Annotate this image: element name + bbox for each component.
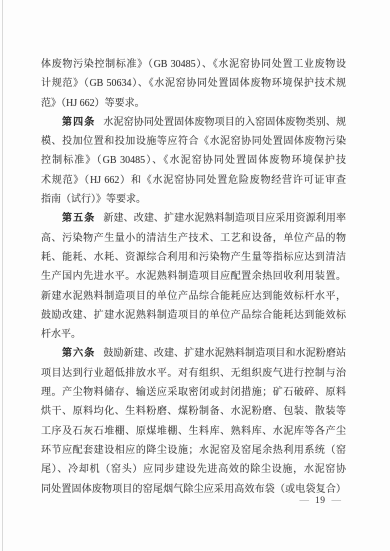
page-number-dash-left: — [300, 496, 310, 506]
section-heading: 第四条 [62, 117, 95, 128]
text-line: 范》（HJ 662）等要求。 [41, 94, 346, 113]
line-text: 鼓励新建、改建、扩建水泥熟料制造项目和水泥粉磨站 [103, 348, 346, 359]
document-page: 体废物污染控制标准》（GB 30485）、《水泥窑协同处置工业废物设计规范》（G… [0, 0, 390, 551]
text-line: 控制标准》（GB 30485）、《水泥窑协同处置固体废物环境保护技 [41, 151, 346, 170]
scan-edge-line [2, 0, 3, 551]
text-line: 烘干、原料均化、生料粉磨、煤粉制备、水泥粉磨、包装、散装等 [41, 402, 346, 421]
document-text: 体废物污染控制标准》（GB 30485）、《水泥窑协同处置工业废物设计规范》（G… [41, 55, 346, 499]
text-line: 项目达到行业超低排放水平。对有组织、无组织废气进行控制与治 [41, 364, 346, 383]
text-line: 第四条水泥窑协同处置固体废物项目的入窑固体废物类别、规 [41, 113, 346, 132]
text-line: 耗、能耗、水耗、资源综合利用和污染物产生量等指标应达到清洁 [41, 248, 346, 267]
page-number-dash-right: — [332, 496, 342, 506]
text-line: 尾）、冷却机（窑头）应同步建设先进高效的除尘设施，水泥窑协 [41, 460, 346, 479]
section-heading: 第五条 [62, 213, 95, 224]
text-line: 新建水泥熟料制造项目的单位产品综合能耗应达到能效标杆水平， [41, 287, 346, 306]
text-line: 体废物污染控制标准》（GB 30485）、《水泥窑协同处置工业废物设 [41, 55, 346, 74]
text-line: 生产国内先进水平。水泥熟料制造项目应配置余热回收利用装置。 [41, 267, 346, 286]
page-number-value: 19 [315, 496, 326, 506]
text-line: 工序及石灰石堆棚、原煤堆棚、生料库、熟料库、水泥库等各产尘 [41, 422, 346, 441]
section-heading: 第六条 [62, 348, 95, 359]
text-line: 指南（试行）》等要求。 [41, 190, 346, 209]
text-line: 杆水平。 [41, 325, 346, 344]
text-line: 第五条新建、改建、扩建水泥熟料制造项目应采用资源利用率 [41, 209, 346, 228]
text-line: 第六条鼓励新建、改建、扩建水泥熟料制造项目和水泥粉磨站 [41, 344, 346, 363]
text-line: 术规范》（HJ 662）和《水泥窑协同处置危险废物经营许可证审查 [41, 171, 346, 190]
text-line: 高、污染物产生量小的清洁生产技术、工艺和设备，单位产品的物 [41, 229, 346, 248]
text-line: 模、投加位置和投加设施等应符合《水泥窑协同处置固体废物污染 [41, 132, 346, 151]
text-line: 环节应配套建设相应的降尘设施；水泥窑及窑尾余热利用系统（窑 [41, 441, 346, 460]
line-text: 水泥窑协同处置固体废物项目的入窑固体废物类别、规 [103, 117, 346, 128]
line-text: 新建、改建、扩建水泥熟料制造项目应采用资源利用率 [103, 213, 346, 224]
text-line: 计规范》（GB 50634）、《水泥窑协同处置固体废物环境保护技术规 [41, 74, 346, 93]
page-number: —19— [300, 495, 342, 507]
text-line: 鼓励改建、扩建水泥熟料制造项目的单位产品综合能耗达到能效标 [41, 306, 346, 325]
text-line: 理。产尘物料储存、输送应采取密闭或封闭措施；矿石破碎、原料 [41, 383, 346, 402]
